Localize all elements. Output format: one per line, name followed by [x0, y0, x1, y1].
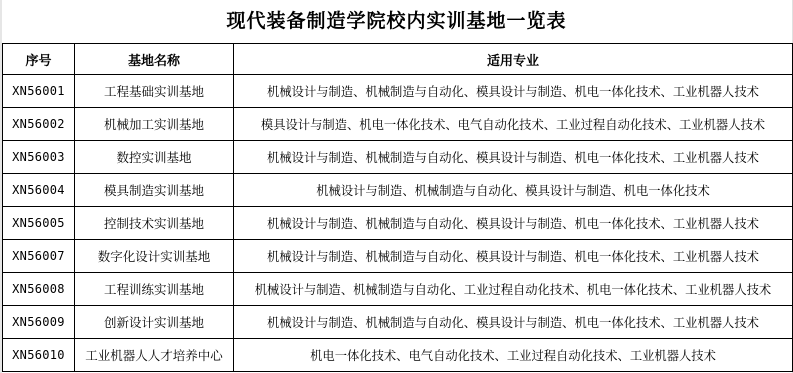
page-title: 现代装备制造学院校内实训基地一览表 [0, 0, 793, 43]
cell-base-name: 工业机器人人才培养中心 [75, 339, 234, 372]
cell-id: XN56010 [3, 339, 75, 372]
cell-base-name: 模具制造实训基地 [75, 174, 234, 207]
cell-id: XN56002 [3, 108, 75, 141]
cell-majors: 机械设计与制造、机械制造与自动化、模具设计与制造、机电一体化技术 [234, 174, 793, 207]
table-row: XN56009 创新设计实训基地 机械设计与制造、机械制造与自动化、模具设计与制… [3, 306, 793, 339]
cell-id: XN56009 [3, 306, 75, 339]
cell-majors: 机电一体化技术、电气自动化技术、工业过程自动化技术、工业机器人技术 [234, 339, 793, 372]
cell-base-name: 工程基础实训基地 [75, 75, 234, 108]
cell-majors: 机械设计与制造、机械制造与自动化、模具设计与制造、机电一体化技术、工业机器人技术 [234, 240, 793, 273]
cell-base-name: 工程训练实训基地 [75, 273, 234, 306]
table-row: XN56005 控制技术实训基地 机械设计与制造、机械制造与自动化、模具设计与制… [3, 207, 793, 240]
cell-majors: 机械设计与制造、机械制造与自动化、模具设计与制造、机电一体化技术、工业机器人技术 [234, 306, 793, 339]
training-base-table: 序号 基地名称 适用专业 XN56001 工程基础实训基地 机械设计与制造、机械… [2, 43, 793, 372]
cell-majors: 机械设计与制造、机械制造与自动化、工业过程自动化技术、机电一体化技术、工业机器人… [234, 273, 793, 306]
cell-id: XN56001 [3, 75, 75, 108]
cell-majors: 模具设计与制造、机电一体化技术、电气自动化技术、工业过程自动化技术、工业机器人技… [234, 108, 793, 141]
cell-id: XN56003 [3, 141, 75, 174]
table-row: XN56008 工程训练实训基地 机械设计与制造、机械制造与自动化、工业过程自动… [3, 273, 793, 306]
cell-id: XN56008 [3, 273, 75, 306]
table-row: XN56007 数字化设计实训基地 机械设计与制造、机械制造与自动化、模具设计与… [3, 240, 793, 273]
header-majors: 适用专业 [234, 44, 793, 75]
cell-majors: 机械设计与制造、机械制造与自动化、模具设计与制造、机电一体化技术、工业机器人技术 [234, 75, 793, 108]
cell-majors: 机械设计与制造、机械制造与自动化、模具设计与制造、机电一体化技术、工业机器人技术 [234, 207, 793, 240]
cell-base-name: 数字化设计实训基地 [75, 240, 234, 273]
table-row: XN56002 机械加工实训基地 模具设计与制造、机电一体化技术、电气自动化技术… [3, 108, 793, 141]
cell-id: XN56004 [3, 174, 75, 207]
table-row: XN56004 模具制造实训基地 机械设计与制造、机械制造与自动化、模具设计与制… [3, 174, 793, 207]
header-base-name: 基地名称 [75, 44, 234, 75]
table-row: XN56010 工业机器人人才培养中心 机电一体化技术、电气自动化技术、工业过程… [3, 339, 793, 372]
cell-id: XN56005 [3, 207, 75, 240]
table-row: XN56003 数控实训基地 机械设计与制造、机械制造与自动化、模具设计与制造、… [3, 141, 793, 174]
table-header-row: 序号 基地名称 适用专业 [3, 44, 793, 75]
header-id: 序号 [3, 44, 75, 75]
table-row: XN56001 工程基础实训基地 机械设计与制造、机械制造与自动化、模具设计与制… [3, 75, 793, 108]
cell-base-name: 创新设计实训基地 [75, 306, 234, 339]
cell-base-name: 机械加工实训基地 [75, 108, 234, 141]
cell-id: XN56007 [3, 240, 75, 273]
cell-base-name: 控制技术实训基地 [75, 207, 234, 240]
cell-majors: 机械设计与制造、机械制造与自动化、模具设计与制造、机电一体化技术、工业机器人技术 [234, 141, 793, 174]
cell-base-name: 数控实训基地 [75, 141, 234, 174]
